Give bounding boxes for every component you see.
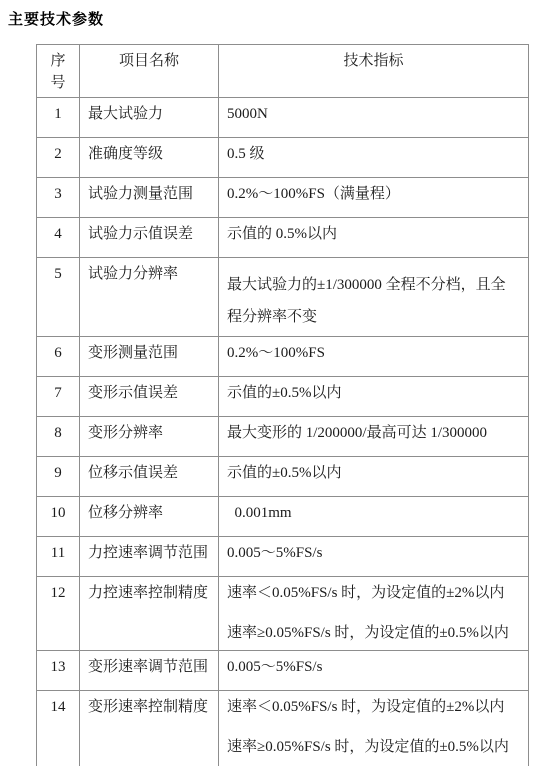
row-no: 8 [37,417,80,457]
row-spec: 速率＜0.05%FS/s 时，为设定值的±2%以内 速率≥0.05%FS/s 时… [219,691,529,766]
spec-line: 0.2%～100%FS [227,342,520,364]
row-spec: 0.5 级 [219,138,529,178]
table-row: 11 力控速率调节范围 0.005～5%FS/s [37,537,529,577]
row-no: 2 [37,138,80,178]
spec-line: 0.5 级 [227,143,520,165]
row-no: 9 [37,457,80,497]
row-no: 13 [37,651,80,691]
row-no: 14 [37,691,80,766]
row-spec: 示值的 0.5%以内 [219,218,529,258]
row-name: 变形示值误差 [80,377,219,417]
table-header-row: 序号 项目名称 技术指标 [37,45,529,98]
row-name: 试验力分辨率 [80,258,219,337]
spec-line: 0.005～5%FS/s [227,656,520,678]
row-no: 5 [37,258,80,337]
row-no: 10 [37,497,80,537]
row-name: 变形速率控制精度 [80,691,219,766]
header-name: 项目名称 [80,45,219,98]
spec-line: 速率＜0.05%FS/s 时，为设定值的±2%以内 [227,696,520,718]
spec-line: 示值的 0.5%以内 [227,223,520,245]
table-row: 7 变形示值误差 示值的±0.5%以内 [37,377,529,417]
row-name: 位移示值误差 [80,457,219,497]
spec-line: 0.005～5%FS/s [227,542,520,564]
page-title: 主要技术参数 [8,8,546,29]
table-row: 6 变形测量范围 0.2%～100%FS [37,337,529,377]
header-no: 序号 [37,45,80,98]
table-row: 3 试验力测量范围 0.2%～100%FS（满量程） [37,178,529,218]
row-name: 准确度等级 [80,138,219,178]
spec-line: 最大变形的 1/200000/最高可达 1/300000 [227,422,520,444]
spec-line: 0.001mm [227,502,520,524]
row-name: 试验力测量范围 [80,178,219,218]
table-row: 2 准确度等级 0.5 级 [37,138,529,178]
table-row: 4 试验力示值误差 示值的 0.5%以内 [37,218,529,258]
spec-line: 速率＜0.05%FS/s 时，为设定值的±2%以内 [227,582,520,604]
table-row: 9 位移示值误差 示值的±0.5%以内 [37,457,529,497]
row-no: 11 [37,537,80,577]
table-row: 10 位移分辨率 0.001mm [37,497,529,537]
row-no: 4 [37,218,80,258]
row-spec: 示值的±0.5%以内 [219,457,529,497]
row-name: 力控速率控制精度 [80,577,219,651]
row-name: 力控速率调节范围 [80,537,219,577]
table-row: 12 力控速率控制精度 速率＜0.05%FS/s 时，为设定值的±2%以内 速率… [37,577,529,651]
row-name: 最大试验力 [80,98,219,138]
row-spec: 0.2%～100%FS [219,337,529,377]
row-spec: 0.005～5%FS/s [219,651,529,691]
row-spec: 0.005～5%FS/s [219,537,529,577]
spec-table: 序号 项目名称 技术指标 1 最大试验力 5000N 2 准确度等级 0.5 级… [36,44,529,766]
table-row: 5 试验力分辨率 最大试验力的±1/300000 全程不分档，且全程分辨率不变 [37,258,529,337]
row-spec: 最大变形的 1/200000/最高可达 1/300000 [219,417,529,457]
row-name: 试验力示值误差 [80,218,219,258]
spec-line: 示值的±0.5%以内 [227,382,520,404]
row-no: 3 [37,178,80,218]
row-spec: 5000N [219,98,529,138]
header-spec: 技术指标 [219,45,529,98]
spec-line: 速率≥0.05%FS/s 时，为设定值的±0.5%以内 [227,736,520,758]
row-spec: 0.2%～100%FS（满量程） [219,178,529,218]
row-no: 6 [37,337,80,377]
row-name: 变形测量范围 [80,337,219,377]
row-no: 12 [37,577,80,651]
row-name: 变形速率调节范围 [80,651,219,691]
table-row: 14 变形速率控制精度 速率＜0.05%FS/s 时，为设定值的±2%以内 速率… [37,691,529,766]
row-spec: 示值的±0.5%以内 [219,377,529,417]
table-row: 8 变形分辨率 最大变形的 1/200000/最高可达 1/300000 [37,417,529,457]
spec-line: 示值的±0.5%以内 [227,462,520,484]
spec-line: 0.2%～100%FS（满量程） [227,183,520,205]
row-spec: 最大试验力的±1/300000 全程不分档，且全程分辨率不变 [219,258,529,337]
table-row: 13 变形速率调节范围 0.005～5%FS/s [37,651,529,691]
spec-line: 5000N [227,103,520,125]
row-name: 位移分辨率 [80,497,219,537]
row-no: 1 [37,98,80,138]
spec-line: 最大试验力的±1/300000 全程不分档，且全程分辨率不变 [227,269,520,333]
table-row: 1 最大试验力 5000N [37,98,529,138]
row-spec: 0.001mm [219,497,529,537]
row-no: 7 [37,377,80,417]
spec-line: 速率≥0.05%FS/s 时，为设定值的±0.5%以内 [227,622,520,644]
row-spec: 速率＜0.05%FS/s 时，为设定值的±2%以内 速率≥0.05%FS/s 时… [219,577,529,651]
row-name: 变形分辨率 [80,417,219,457]
